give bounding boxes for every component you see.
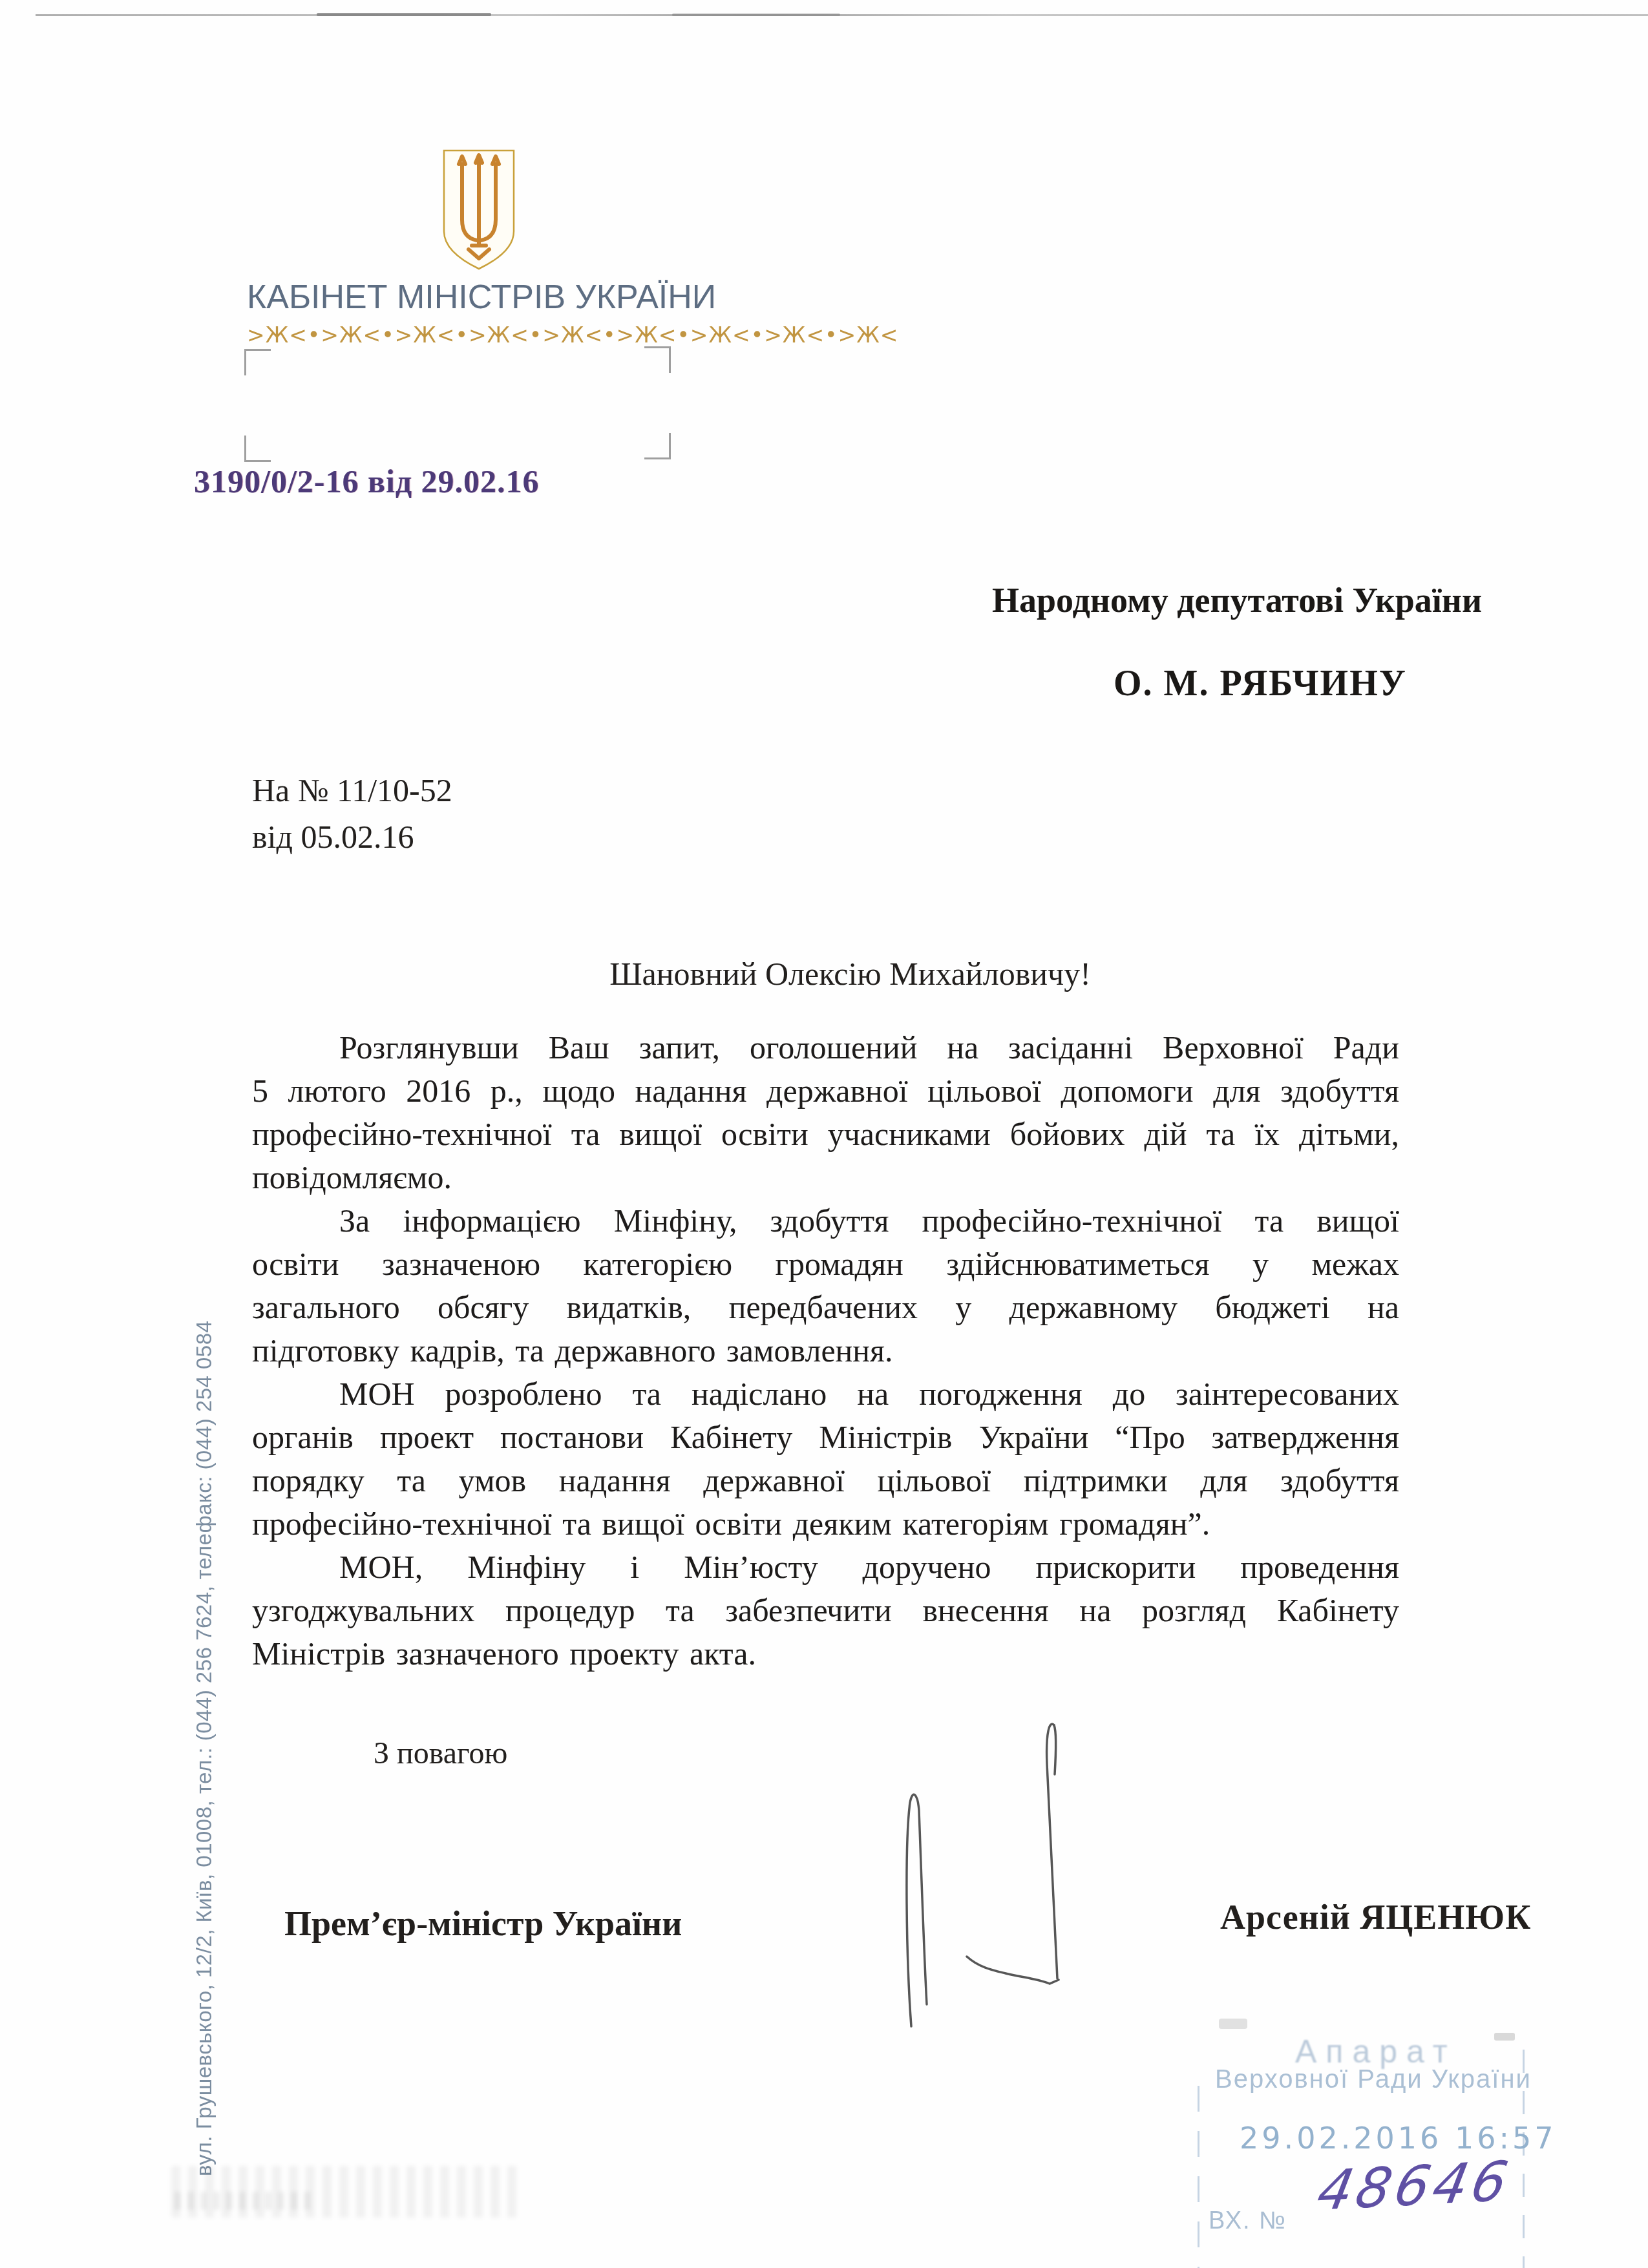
body-line: професійно-технічної та вищої освіти дея… [252, 1502, 1399, 1546]
corner-mark [244, 436, 271, 462]
corner-mark [244, 349, 271, 375]
salutation: Шановний Олексію Михайловичу! [252, 955, 1399, 992]
scanned-letter-page: { "letterhead": { "org_name": "КАБІНЕТ М… [0, 0, 1648, 2268]
body-line: професійно-технічної та вищої освіти уча… [252, 1113, 1399, 1156]
outgoing-reference: 3190/0/2-16 від 29.02.16 [194, 463, 540, 500]
letter-body: Розглянувши Ваш запит, оголошений на зас… [252, 1026, 1399, 1675]
scan-artifact [174, 2192, 310, 2210]
body-line: 5 лютого 2016 р., щодо надання державної… [252, 1069, 1399, 1113]
body-line: Міністрів зазначеного проекту акта. [252, 1632, 1399, 1675]
body-line: МОН, Мінфіну і Мін’юсту доручено прискор… [252, 1546, 1399, 1589]
scan-line-artifact [36, 14, 1648, 16]
stamp-incoming-label: ВХ. № [1209, 2207, 1287, 2235]
addressee-name: О. М. РЯБЧИНУ [1114, 663, 1407, 704]
reply-reference-number: На № 11/10-52 [252, 772, 452, 809]
letterhead-ornament: >Ж<•>Ж<•>Ж<•>Ж<•>Ж<•>Ж<•>Ж<•>Ж<•>Ж< [247, 324, 713, 347]
signature-ink [892, 1712, 1105, 2035]
body-line: повідомляємо. [252, 1156, 1399, 1199]
body-line: підготовку кадрів, та державного замовле… [252, 1329, 1399, 1372]
stamp-handwritten-number: 48646 [1313, 2149, 1517, 2223]
body-line: МОН розроблено та надіслано на погодженн… [252, 1372, 1399, 1416]
scan-line-artifact [672, 14, 840, 16]
body-line: освіти зазначеною категорією громадян зд… [252, 1243, 1399, 1286]
closing-phrase: З повагою [374, 1736, 507, 1771]
org-name: КАБІНЕТ МІНІСТРІВ УКРАЇНИ [247, 278, 713, 317]
sender-address-vertical: вул. Грушевського, 12/2, Київ, 01008, те… [192, 1259, 217, 2176]
corner-mark [644, 433, 671, 459]
body-line: органів проект постанови Кабінету Мініст… [252, 1416, 1399, 1459]
body-line: Розглянувши Ваш запит, оголошений на зас… [252, 1026, 1399, 1069]
signatory-title: Прем’єр-міністр України [284, 1904, 682, 1944]
body-line: узгоджувальних процедур та забезпечити в… [252, 1589, 1399, 1632]
reply-reference-date: від 05.02.16 [252, 818, 414, 856]
body-line: За інформацією Мінфіну, здобуття професі… [252, 1199, 1399, 1243]
corner-mark [644, 346, 671, 373]
addressee-title: Народному депутатові України [992, 580, 1482, 620]
body-line: порядку та умов надання державної цільов… [252, 1459, 1399, 1502]
coat-of-arms-trident-icon [442, 147, 516, 271]
scan-smudge [1494, 2033, 1515, 2041]
body-line: загального обсягу видатків, передбачених… [252, 1286, 1399, 1329]
scan-line-artifact [317, 13, 491, 16]
stamp-border-left [1198, 2086, 1199, 2268]
stamp-org-line2: Верховної Ради України [1215, 2065, 1532, 2094]
signatory-name: Арсеній ЯЦЕНЮК [1220, 1897, 1531, 1937]
scan-smudge [1219, 2019, 1247, 2029]
